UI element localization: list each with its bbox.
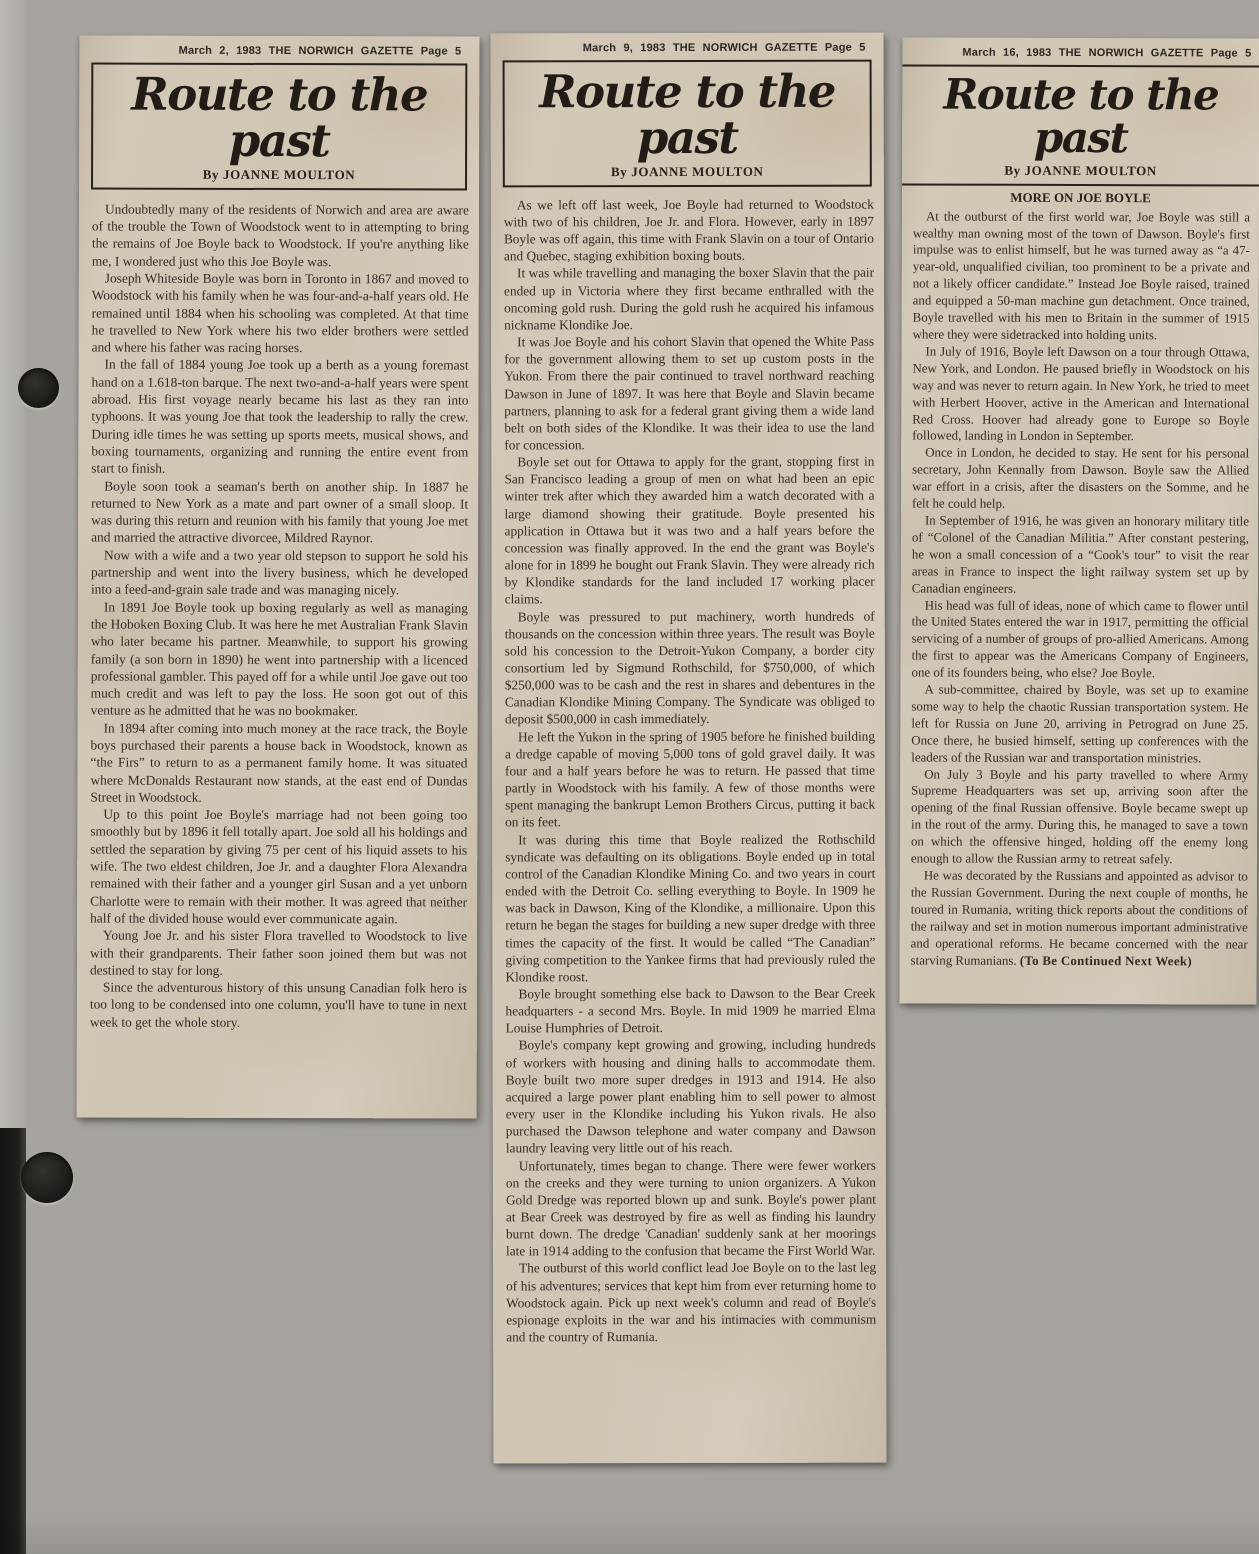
article-paragraph: Boyle was pressured to put machinery, wo… xyxy=(505,607,875,728)
article-paragraph: Joseph Whiteside Boyle was born in Toron… xyxy=(92,269,469,356)
article-paragraph: At the outburst of the first world war, … xyxy=(913,208,1250,344)
masthead-box: Route to the past By JOANNE MOULTON xyxy=(503,60,872,188)
article-paragraph: In 1894 after coming into much money at … xyxy=(90,719,467,806)
article-paragraph: In September of 1916, he was given an ho… xyxy=(912,512,1249,598)
column-title: Route to the past xyxy=(902,73,1259,160)
article-paragraph: Undoubtedly many of the residents of Nor… xyxy=(92,200,469,270)
column-title: Route to the past xyxy=(505,69,870,162)
article-paragraph: Boyle brought something else back to Daw… xyxy=(505,985,875,1037)
article-paragraph: Boyle's company kept growing and growing… xyxy=(506,1036,876,1157)
article-paragraph: In 1891 Joe Boyle took up boxing regular… xyxy=(91,598,468,720)
article-paragraph: Boyle set out for Ottawa to apply for th… xyxy=(504,453,874,608)
article-paragraph: Up to this point Joe Boyle's marriage ha… xyxy=(90,806,467,928)
article-paragraph: He was decorated by the Russians and app… xyxy=(911,867,1248,969)
article-paragraph: As we left off last week, Joe Boyle had … xyxy=(504,195,874,264)
byline: By JOANNE MOULTON xyxy=(505,163,870,180)
article-paragraph: It was while travelling and managing the… xyxy=(504,264,874,333)
article-subhead: MORE ON JOE BOYLE xyxy=(902,189,1259,206)
article-paragraph: In the fall of 1884 young Joe took up a … xyxy=(91,356,468,478)
clipping-march-16: March 16, 1983 THE NORWICH GAZETTE Page … xyxy=(899,37,1259,1004)
article-paragraph: Young Joe Jr. and his sister Flora trave… xyxy=(90,927,467,980)
masthead-box: Route to the past By JOANNE MOULTON xyxy=(91,63,467,191)
page-bottom-shadow xyxy=(0,1514,1259,1554)
article-paragraph: A sub-committee, chaired by Boyle, was s… xyxy=(911,682,1248,768)
scrapbook-page: { "colors": { "page_background": "#a7a49… xyxy=(0,0,1259,1554)
page-left-edge xyxy=(0,0,27,1140)
article-paragraph: He left the Yukon in the spring of 1905 … xyxy=(505,727,875,831)
binder-edge xyxy=(0,1128,26,1554)
clipping-march-9: March 9, 1983 THE NORWICH GAZETTE Page 5… xyxy=(491,33,887,1464)
article-paragraph: On July 3 Boyle and his party travelled … xyxy=(911,766,1248,868)
article-body: Undoubtedly many of the residents of Nor… xyxy=(77,197,479,1039)
article-paragraph: Now with a wife and a two year old steps… xyxy=(91,546,468,599)
dateline: March 9, 1983 THE NORWICH GAZETTE Page 5 xyxy=(491,33,884,59)
article-paragraph: Unfortunately, times began to change. Th… xyxy=(506,1156,876,1260)
byline: By JOANNE MOULTON xyxy=(93,166,465,183)
dateline: March 16, 1983 THE NORWICH GAZETTE Page … xyxy=(902,37,1259,63)
column-title: Route to the past xyxy=(93,72,465,165)
article-body: As we left off last week, Joe Boyle had … xyxy=(491,194,886,1353)
article-paragraph: In July of 1916, Boyle left Dawson on a … xyxy=(912,343,1249,445)
byline: By JOANNE MOULTON xyxy=(902,162,1259,179)
clipping-march-2: March 2, 1983 THE NORWICH GAZETTE Page 5… xyxy=(77,35,480,1118)
article-body: At the outburst of the first world war, … xyxy=(900,206,1259,976)
dateline: March 2, 1983 THE NORWICH GAZETTE Page 5 xyxy=(79,35,479,61)
article-paragraph: His head was full of ideas, none of whic… xyxy=(911,597,1248,683)
hole-punch-top xyxy=(18,368,59,408)
article-paragraph: Once in London, he decided to stay. He s… xyxy=(912,445,1249,514)
article-paragraph: The outburst of this world conflict lead… xyxy=(506,1259,876,1346)
article-paragraph: It was Joe Boyle and his cohort Slavin t… xyxy=(504,333,874,454)
masthead-box: Route to the past By JOANNE MOULTON xyxy=(902,64,1259,186)
hole-punch-bottom xyxy=(21,1152,73,1203)
article-paragraph: It was during this time that Boyle reali… xyxy=(505,830,875,985)
continued-note: (To Be Continued Next Week) xyxy=(1020,953,1192,968)
article-paragraph: Since the adventurous history of this un… xyxy=(90,979,467,1032)
article-paragraph: Boyle soon took a seaman's berth on anot… xyxy=(91,477,468,547)
